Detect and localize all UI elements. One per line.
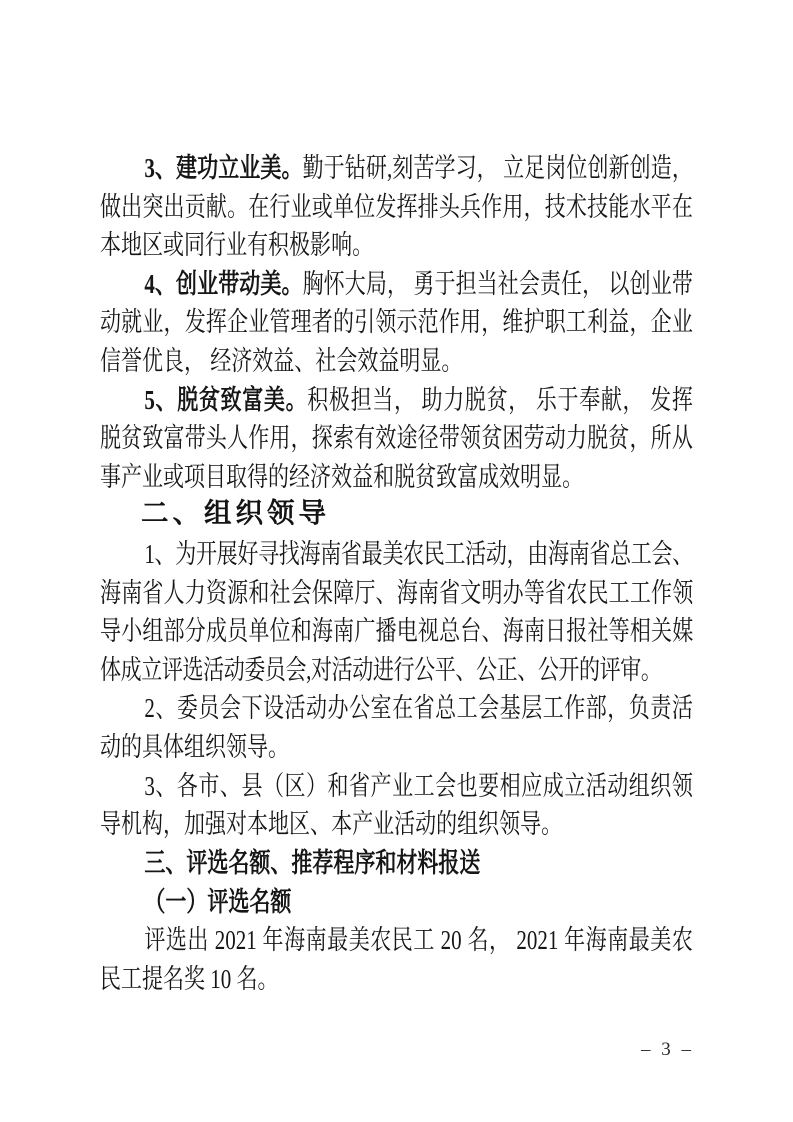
paragraph-criteria-5-lead: 5、脱贫致富美。 (144, 385, 307, 415)
heading-quota-procedure: 三、评选名额、推荐程序和材料报送 (100, 844, 693, 883)
paragraph-criteria-3-lead: 3、建功立业美。 (144, 153, 302, 183)
heading-organization-leadership: 二、组织领导 (141, 494, 330, 533)
paragraph-criteria-4: 4、创业带动美。胸怀大局， 勇于担当社会责任， 以创业带动就业，发挥企业管理者的… (100, 265, 693, 381)
paragraph-criteria-5: 5、脱贫致富美。积极担当， 助力脱贫， 乐于奉献， 发挥脱贫致富带头人作用，探索… (100, 381, 693, 497)
paragraph-org-1: 1、为开展好寻找海南省最美农民工活动，由海南省总工会、海南省人力资源和社会保障厅… (100, 535, 693, 689)
section-criteria: 3、建功立业美。勤于钻研,刻苦学习， 立足岗位创新创造，做出突出贡献。在行业或单… (100, 149, 693, 496)
heading-quota: （一）评选名额 (100, 883, 693, 922)
section-quota: 三、评选名额、推荐程序和材料报送 （一）评选名额 评选出 2021 年海南最美农… (100, 844, 693, 998)
paragraph-org-2: 2、委员会下设活动办公室在省总工会基层工作部，负责活动的具体组织领导。 (100, 689, 693, 766)
page-number: – 3 – (641, 1039, 694, 1061)
paragraph-criteria-3: 3、建功立业美。勤于钻研,刻苦学习， 立足岗位创新创造，做出突出贡献。在行业或单… (100, 149, 693, 265)
document-page: 3、建功立业美。勤于钻研,刻苦学习， 立足岗位创新创造，做出突出贡献。在行业或单… (0, 0, 793, 1122)
paragraph-criteria-4-lead: 4、创业带动美。 (144, 269, 302, 299)
paragraph-quota-detail: 评选出 2021 年海南最美农民工 20 名， 2021 年海南最美农民工提名奖… (100, 921, 693, 998)
section-organization: 1、为开展好寻找海南省最美农民工活动，由海南省总工会、海南省人力资源和社会保障厅… (100, 535, 693, 844)
paragraph-org-3: 3、各市、县（区）和省产业工会也要相应成立活动组织领导机构，加强对本地区、本产业… (100, 767, 693, 844)
